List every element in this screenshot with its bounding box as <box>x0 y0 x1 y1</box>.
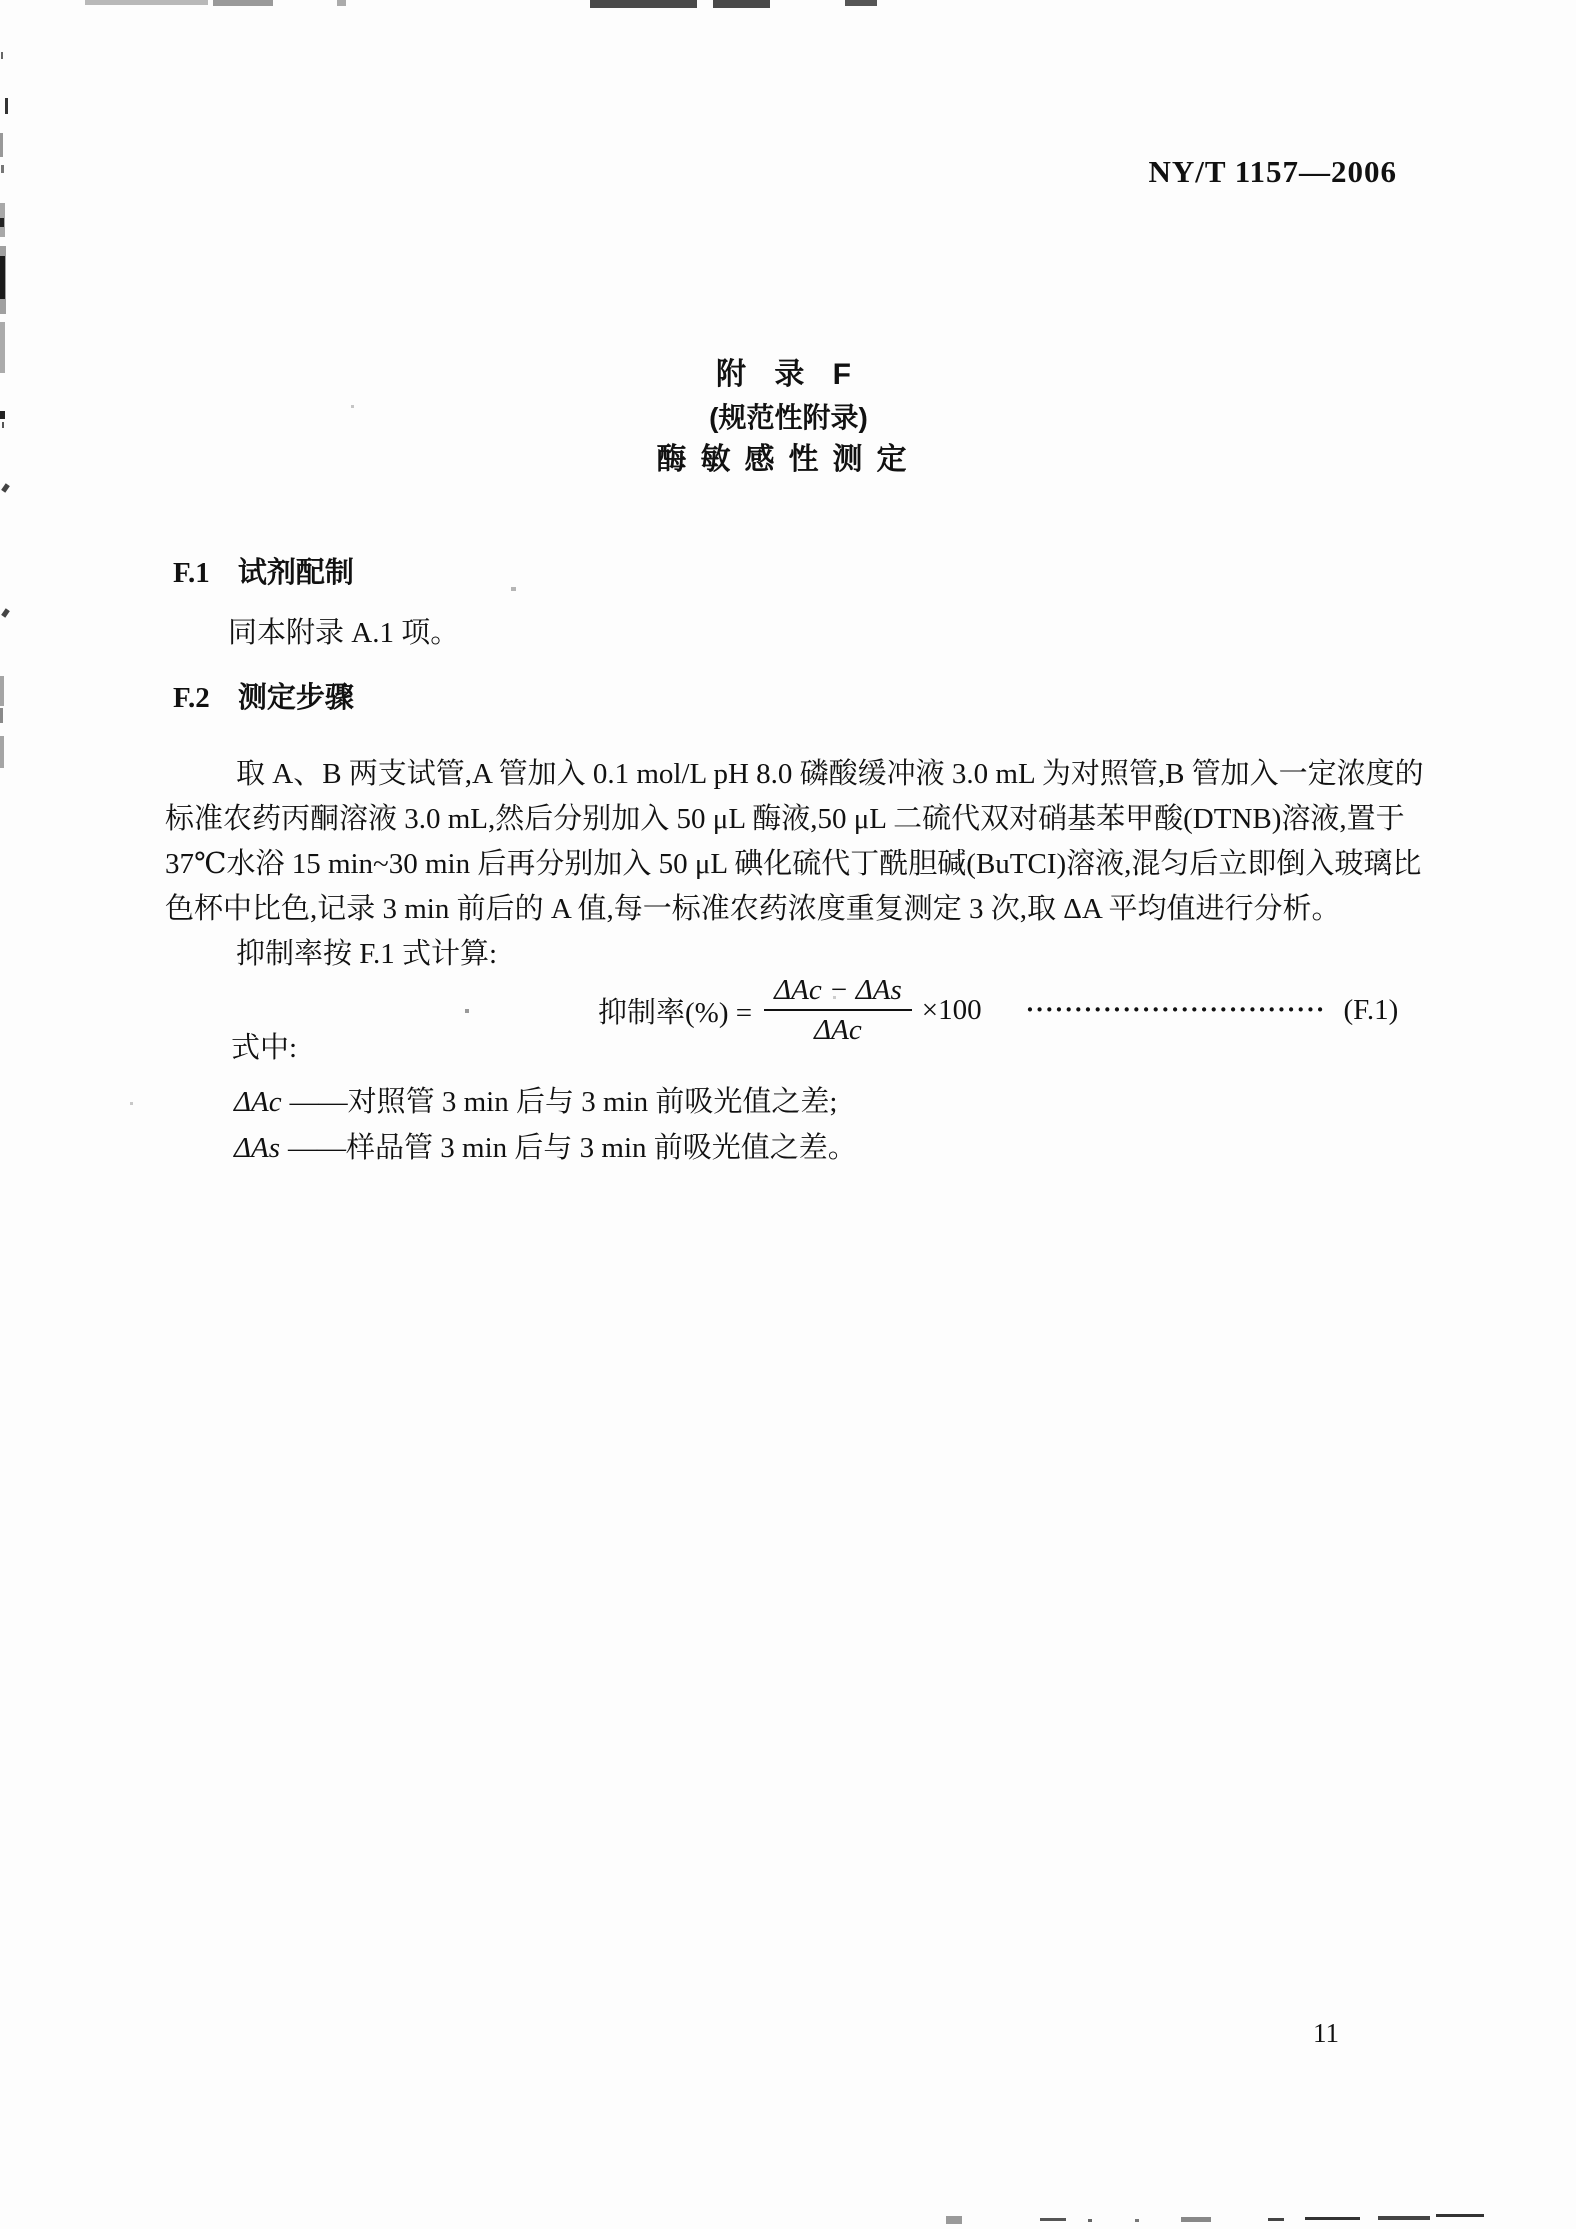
formula-f1: 抑制率(%) = ΔAc − ΔAs ΔAc ×100 ············… <box>165 968 1425 1052</box>
scan-artifact <box>337 0 346 6</box>
scan-artifact <box>511 587 516 591</box>
section-title: 试剂配制 <box>238 557 354 589</box>
formula-reference: (F.1) <box>1343 994 1398 1027</box>
section-heading-f1: F.1试剂配制 <box>173 558 354 588</box>
scan-artifact <box>1 52 3 59</box>
scan-artifact <box>1305 2217 1360 2220</box>
definition-desc: ——对照管 3 min 后与 3 min 前吸光值之差; <box>290 1086 838 1118</box>
scan-artifact <box>1040 2218 1066 2221</box>
document-page: NY/T 1157—2006 附 录 F (规范性附录) 酶敏感性测定 F.1试… <box>0 0 1576 2229</box>
section-f1-body: 同本附录 A.1 项。 <box>228 618 459 648</box>
procedure-paragraph: 取 A、B 两支试管,A 管加入 0.1 mol/L pH 8.0 磷酸缓冲液 … <box>165 752 1425 977</box>
scan-artifact <box>713 0 770 8</box>
standard-number-header: NY/T 1157—2006 <box>1148 154 1397 190</box>
scan-artifact <box>1268 2218 1284 2221</box>
scan-artifact <box>1181 2217 1211 2222</box>
formula-lhs: 抑制率(%) = <box>598 990 752 1031</box>
paragraph-line: 标准农药丙酮溶液 3.0 mL,然后分别加入 50 μL 酶液,50 μL 二硫… <box>165 797 1425 842</box>
scan-artifact <box>213 0 273 6</box>
scan-artifact <box>0 411 5 419</box>
section-label: F.1 <box>173 557 210 589</box>
scan-artifact <box>5 98 8 114</box>
scan-artifact <box>590 0 697 8</box>
definitions-intro: 式中: <box>231 1032 297 1064</box>
paragraph-line: 色杯中比色,记录 3 min 前后的 A 值,每一标准农药浓度重复测定 3 次,… <box>165 887 1425 932</box>
scan-artifact <box>1 608 10 617</box>
formula-multiplier: ×100 <box>922 994 982 1027</box>
definition-desc: ——样品管 3 min 后与 3 min 前吸光值之差。 <box>288 1132 857 1164</box>
definition-term: ΔAc <box>234 1086 282 1118</box>
formula-fraction: ΔAc − ΔAs ΔAc <box>764 975 912 1045</box>
scan-artifact <box>0 256 5 299</box>
appendix-topic: 酶敏感性测定 <box>165 445 1412 475</box>
page-number: 11 <box>1313 2018 1339 2049</box>
scan-artifact <box>845 0 877 6</box>
section-label: F.2 <box>173 682 210 714</box>
scan-artifact <box>465 1009 469 1013</box>
scan-artifact <box>130 1102 133 1105</box>
scan-artifact <box>1 483 10 492</box>
scan-artifact <box>0 676 4 706</box>
scan-artifact <box>2 422 4 428</box>
definition-item: ΔAc——对照管 3 min 后与 3 min 前吸光值之差; <box>234 1085 837 1119</box>
appendix-title-block: 附 录 F (规范性附录) 酶敏感性测定 <box>165 360 1412 475</box>
paragraph-line: 取 A、B 两支试管,A 管加入 0.1 mol/L pH 8.0 磷酸缓冲液 … <box>165 752 1425 797</box>
appendix-title: 附 录 F <box>165 360 1412 390</box>
scan-artifact <box>1436 2214 1484 2217</box>
scan-artifact <box>1088 2219 1092 2222</box>
scan-artifact <box>0 322 5 373</box>
appendix-subtitle: (规范性附录) <box>165 404 1412 432</box>
scan-artifact <box>0 133 3 157</box>
formula-dot-leader: ······························· <box>1026 995 1326 1025</box>
scan-artifact <box>833 996 836 999</box>
definition-item: ΔAs——样品管 3 min 后与 3 min 前吸光值之差。 <box>234 1131 857 1165</box>
formula-denominator: ΔAc <box>814 1011 862 1045</box>
scan-artifact <box>85 0 208 5</box>
scan-artifact <box>0 708 3 723</box>
scan-artifact <box>1378 2216 1430 2220</box>
scan-artifact <box>946 2216 962 2224</box>
scan-artifact <box>1 165 4 173</box>
definition-term: ΔAs <box>234 1132 280 1164</box>
scan-artifact <box>351 405 354 408</box>
paragraph-line: 37℃水浴 15 min~30 min 后再分别加入 50 μL 碘化硫代丁酰胆… <box>165 842 1425 887</box>
formula-numerator: ΔAc − ΔAs <box>764 975 912 1011</box>
section-title: 测定步骤 <box>238 682 354 714</box>
scan-artifact <box>0 736 4 768</box>
section-heading-f2: F.2测定步骤 <box>173 683 354 713</box>
scan-artifact <box>0 218 4 227</box>
scan-artifact <box>1135 2219 1139 2222</box>
